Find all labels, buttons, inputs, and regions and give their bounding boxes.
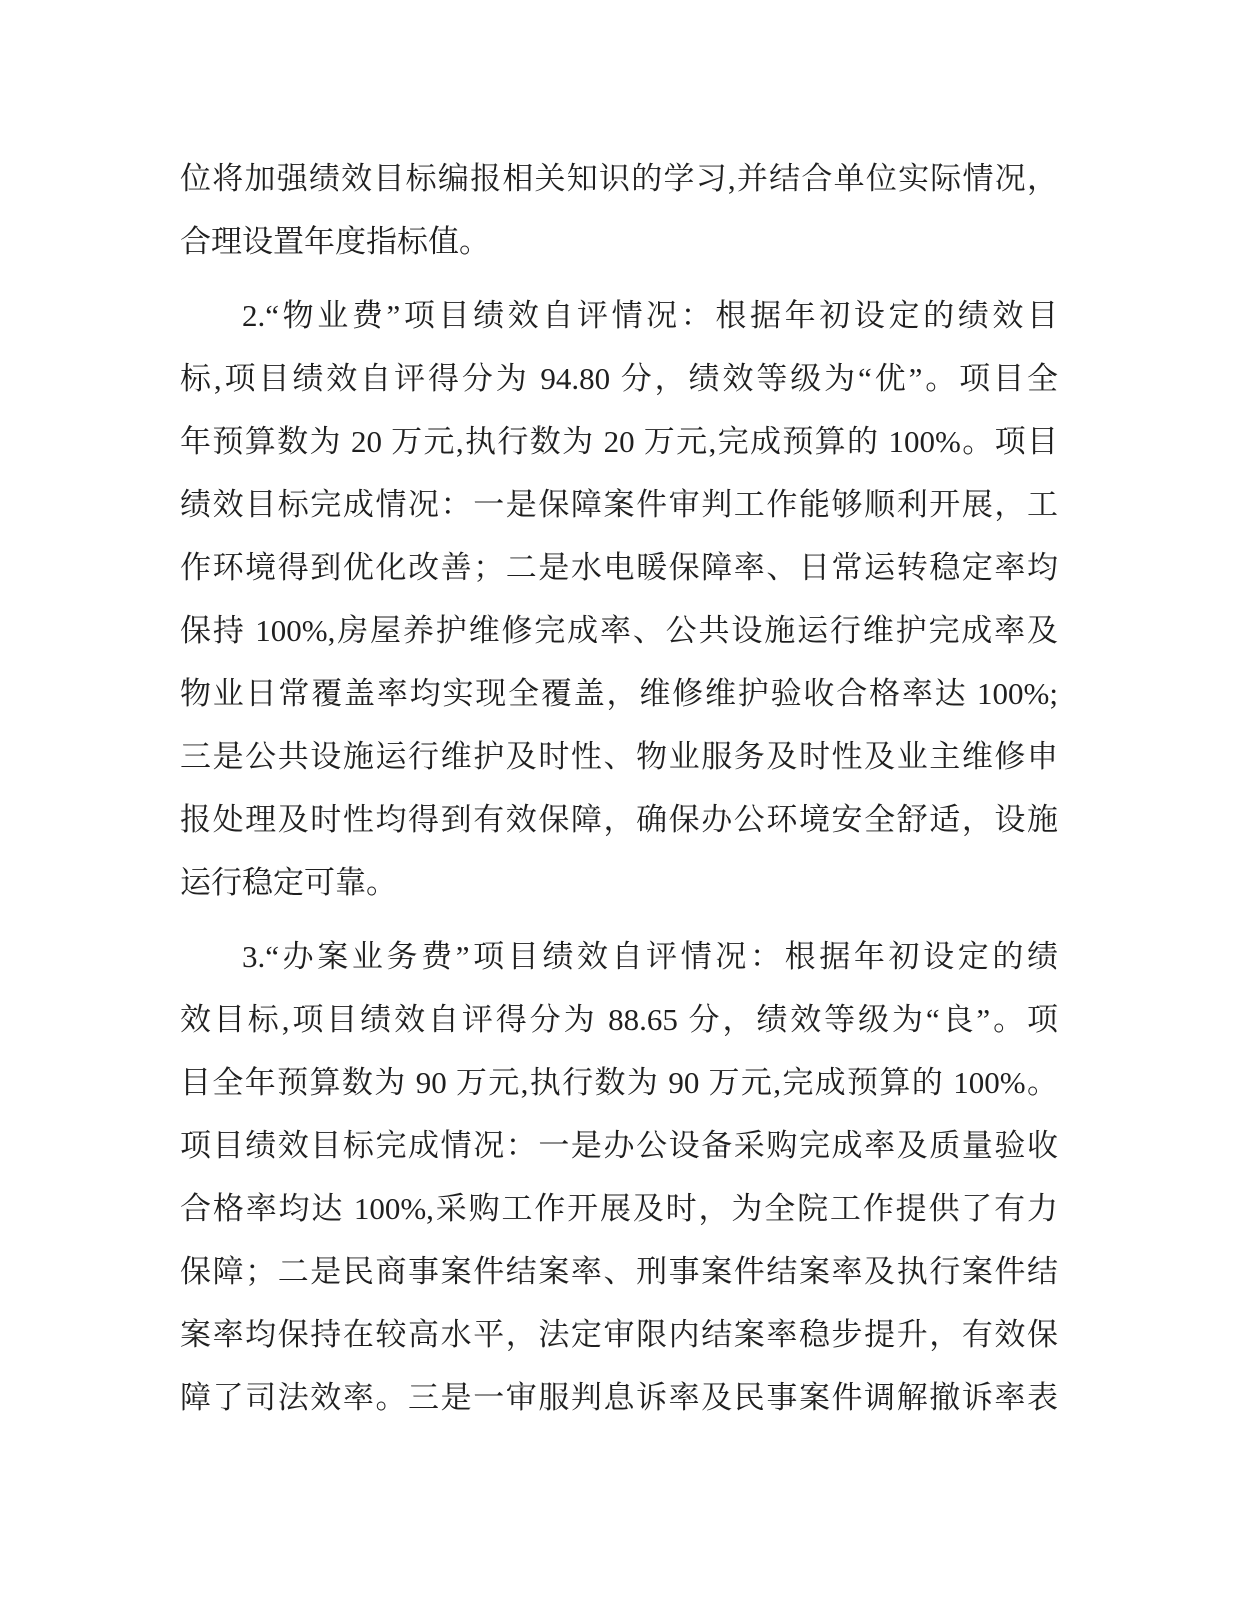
text-line: 合格率均达 100%,采购工作开展及时，为全院工作提供了有力 <box>180 1177 1058 1240</box>
text-line: 目全年预算数为 90 万元,执行数为 90 万元,完成预算的 100%。 <box>180 1051 1058 1114</box>
text-line: 效目标,项目绩效自评得分为 88.65 分，绩效等级为“良”。项 <box>180 988 1058 1051</box>
text-line: 三是公共设施运行维护及时性、物业服务及时性及业主维修申 <box>180 725 1058 788</box>
text-line: 年预算数为 20 万元,执行数为 20 万元,完成预算的 100%。项目 <box>180 410 1058 473</box>
text-line: 障了司法效率。三是一审服判息诉率及民事案件调解撤诉率表 <box>180 1366 1058 1429</box>
text-line: 运行稳定可靠。 <box>180 851 1058 914</box>
text-line: 位将加强绩效目标编报相关知识的学习,并结合单位实际情况， <box>180 147 1058 210</box>
text-line: 案率均保持在较高水平，法定审限内结案率稳步提升，有效保 <box>180 1303 1058 1366</box>
document-body: 位将加强绩效目标编报相关知识的学习,并结合单位实际情况，合理设置年度指标值。2.… <box>180 147 1058 1429</box>
text-line: 保持 100%,房屋养护维修完成率、公共设施运行维护完成率及 <box>180 599 1058 662</box>
paragraph-3: 3.“办案业务费”项目绩效自评情况：根据年初设定的绩效目标,项目绩效自评得分为 … <box>180 925 1058 1429</box>
text-line: 绩效目标完成情况：一是保障案件审判工作能够顺利开展，工 <box>180 473 1058 536</box>
text-line: 3.“办案业务费”项目绩效自评情况：根据年初设定的绩 <box>180 925 1058 988</box>
paragraph-2: 2.“物业费”项目绩效自评情况：根据年初设定的绩效目标,项目绩效自评得分为 94… <box>180 284 1058 914</box>
paragraph-1: 位将加强绩效目标编报相关知识的学习,并结合单位实际情况，合理设置年度指标值。 <box>180 147 1058 273</box>
text-line: 标,项目绩效自评得分为 94.80 分，绩效等级为“优”。项目全 <box>180 347 1058 410</box>
text-line: 2.“物业费”项目绩效自评情况：根据年初设定的绩效目 <box>180 284 1058 347</box>
document-page: 位将加强绩效目标编报相关知识的学习,并结合单位实际情况，合理设置年度指标值。2.… <box>0 0 1236 1600</box>
text-line: 合理设置年度指标值。 <box>180 210 1058 273</box>
text-line: 物业日常覆盖率均实现全覆盖，维修维护验收合格率达 100%; <box>180 662 1058 725</box>
text-line: 保障；二是民商事案件结案率、刑事案件结案率及执行案件结 <box>180 1240 1058 1303</box>
text-line: 作环境得到优化改善；二是水电暖保障率、日常运转稳定率均 <box>180 536 1058 599</box>
text-line: 项目绩效目标完成情况：一是办公设备采购完成率及质量验收 <box>180 1114 1058 1177</box>
text-line: 报处理及时性均得到有效保障，确保办公环境安全舒适，设施 <box>180 788 1058 851</box>
